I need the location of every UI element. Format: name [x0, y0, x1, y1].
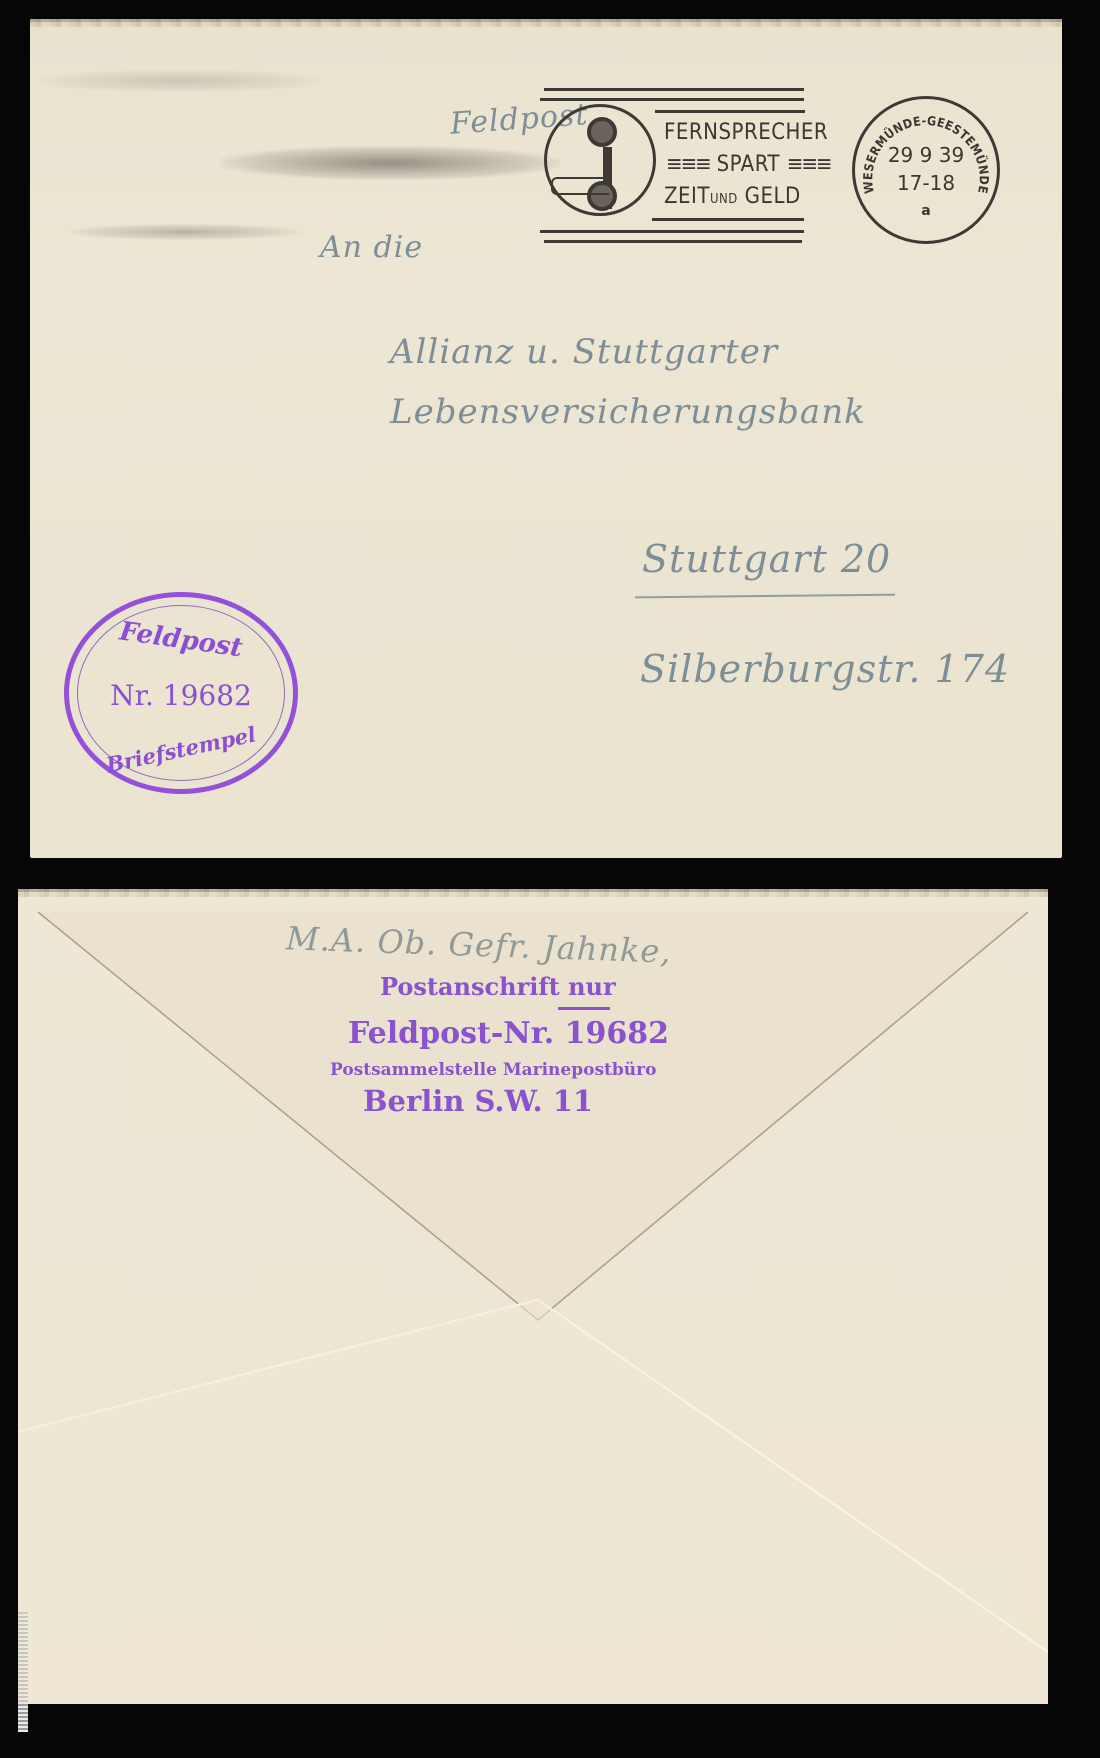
- address-line-1: An die: [320, 230, 423, 265]
- back-stamp-line-2: Feldpost-Nr. 19682: [348, 1016, 669, 1051]
- slogan-line-2: ≡≡≡ SPART ≡≡≡: [666, 152, 831, 177]
- torn-top-edge: [30, 19, 1062, 27]
- address-line-3: Lebensversicherungsbank: [390, 392, 866, 432]
- hand-icon: [551, 177, 609, 195]
- slogan-spart: SPART: [717, 152, 780, 177]
- ink-smudge: [220, 146, 560, 180]
- envelope-back: M.A. Ob. Gefr. Jahnke, Postanschrift nur…: [18, 892, 1048, 1704]
- address-line-4: Stuttgart 20: [642, 537, 891, 581]
- postmark-date: 29 9 39: [855, 143, 997, 167]
- slogan-line-1: FERNSPRECHER: [664, 120, 828, 145]
- slogan-zeit: ZEIT: [664, 184, 710, 209]
- slogan-line-3: ZEITUND GELD: [664, 184, 801, 209]
- postmark-town-arc: WESERMÜNDE-GEESTEMÜNDE: [855, 99, 997, 241]
- slogan-und: UND: [710, 192, 738, 207]
- back-stamp-line-3: Postsammelstelle Marinepostbüro: [330, 1060, 656, 1080]
- nur-underline: [558, 1007, 610, 1010]
- back-stamp-line-1: Postanschrift nur: [380, 972, 616, 1001]
- back-stamp-line-4: Berlin S.W. 11: [363, 1084, 593, 1118]
- slogan-geld: GELD: [745, 184, 801, 209]
- telephone-handset-icon: [544, 104, 656, 216]
- address-underline: [635, 594, 895, 599]
- postmark-circle: WESERMÜNDE-GEESTEMÜNDE 29 9 39 17-18 a: [852, 96, 1000, 244]
- envelope-flaps: [18, 892, 1048, 1704]
- machine-cancel: FERNSPRECHER ≡≡≡ SPART ≡≡≡ ZEITUND GELD: [540, 88, 810, 240]
- ink-smudge: [40, 70, 320, 92]
- address-line-2: Allianz u. Stuttgarter: [390, 332, 778, 372]
- address-line-5: Silberburgstr. 174: [640, 647, 1010, 691]
- ink-smudge: [70, 224, 300, 240]
- postmark-letter: a: [855, 203, 997, 219]
- postanschrift-text: Postanschrift nur: [380, 972, 616, 1001]
- feldpost-briefstempel: Feldpost Nr. 19682 Briefstempel: [64, 592, 298, 794]
- feldpost-stamp-number: Nr. 19682: [69, 679, 293, 712]
- postmark-time: 17-18: [855, 171, 997, 195]
